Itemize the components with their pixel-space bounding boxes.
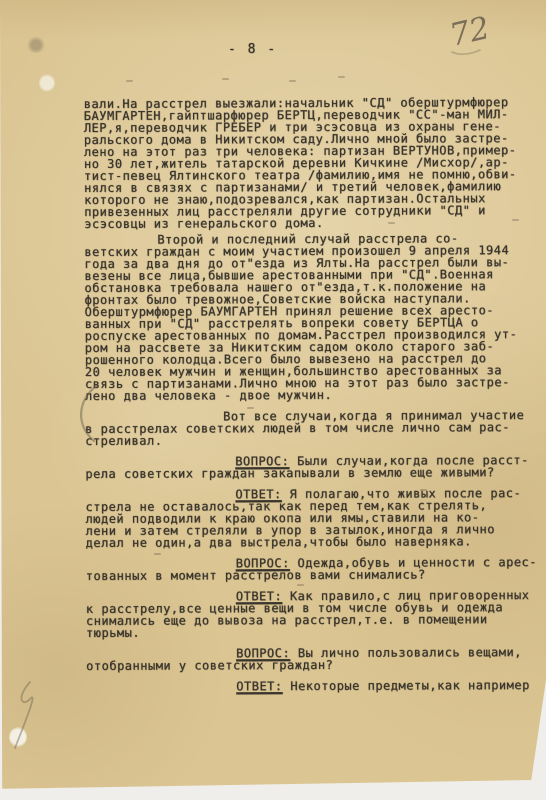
noise-mark [247,407,254,409]
noise-mark [222,78,229,80]
paper-stain [27,37,45,53]
question-text: Вы лично пользовались вещами, отобранным… [86,645,522,673]
answer-text: Я полагаю,что живых после рас- стрела не… [85,486,521,550]
question-text: Были случаи,когда после расст- рела сове… [85,453,529,481]
answer-text: Как правило,с лиц приговоренных к расстр… [86,588,530,640]
handwritten-folio-number: 72 [446,10,493,54]
noise-mark [126,80,133,82]
question-block: ВОПРОС: Были случаи,когда после расст- р… [85,454,540,480]
punch-hole [39,74,55,92]
answer-block: ОТВЕТ: Я полагаю,что живых после рас- ст… [85,487,540,549]
answer-label: ОТВЕТ: [236,679,282,693]
noise-mark [297,584,304,586]
noise-mark [388,222,395,224]
paper-sheet: - 8 - 72 вали.На расстрел выезжали:начал… [0,0,546,800]
noise-mark [512,219,519,221]
noise-mark [154,553,161,555]
page-number: - 8 - [228,44,277,56]
typed-paragraph: Второй и последний случай расстрела со- … [84,232,540,402]
answer-block: ОТВЕТ: Как правило,с лиц приговоренных к… [86,589,541,639]
punch-hole [9,727,27,747]
question-block: ВОПРОС: Вы лично пользовались вещами, от… [86,646,541,672]
typed-text-column: вали.На расстрел выезжали:начальник "СД"… [84,96,542,702]
answer-text: Некоторые предметы,как например [283,678,530,693]
typed-paragraph: вали.На расстрел выезжали:начальник "СД"… [84,96,540,230]
question-block: ВОПРОС: Одежда,обувь и ценности с арес- … [86,556,541,582]
question-text: Одежда,обувь и ценности с арес- тованных… [86,555,537,583]
typed-paragraph: Вот все случаи,когда я принимал участие … [85,409,540,447]
noise-mark [338,76,345,78]
paragraph-text: Второй и последний случай расстрела со- … [84,231,517,403]
noise-mark [420,489,427,491]
paragraph-text: Вот все случаи,когда я принимал участие … [85,408,524,448]
answer-block: ОТВЕТ: Некоторые предметы,как например [86,679,541,693]
scanned-document-page: - 8 - 72 вали.На расстрел выезжали:начал… [0,0,546,800]
paragraph-text: вали.На расстрел выезжали:начальник "СД"… [84,95,517,231]
noise-mark [427,616,434,618]
noise-mark [289,80,296,82]
